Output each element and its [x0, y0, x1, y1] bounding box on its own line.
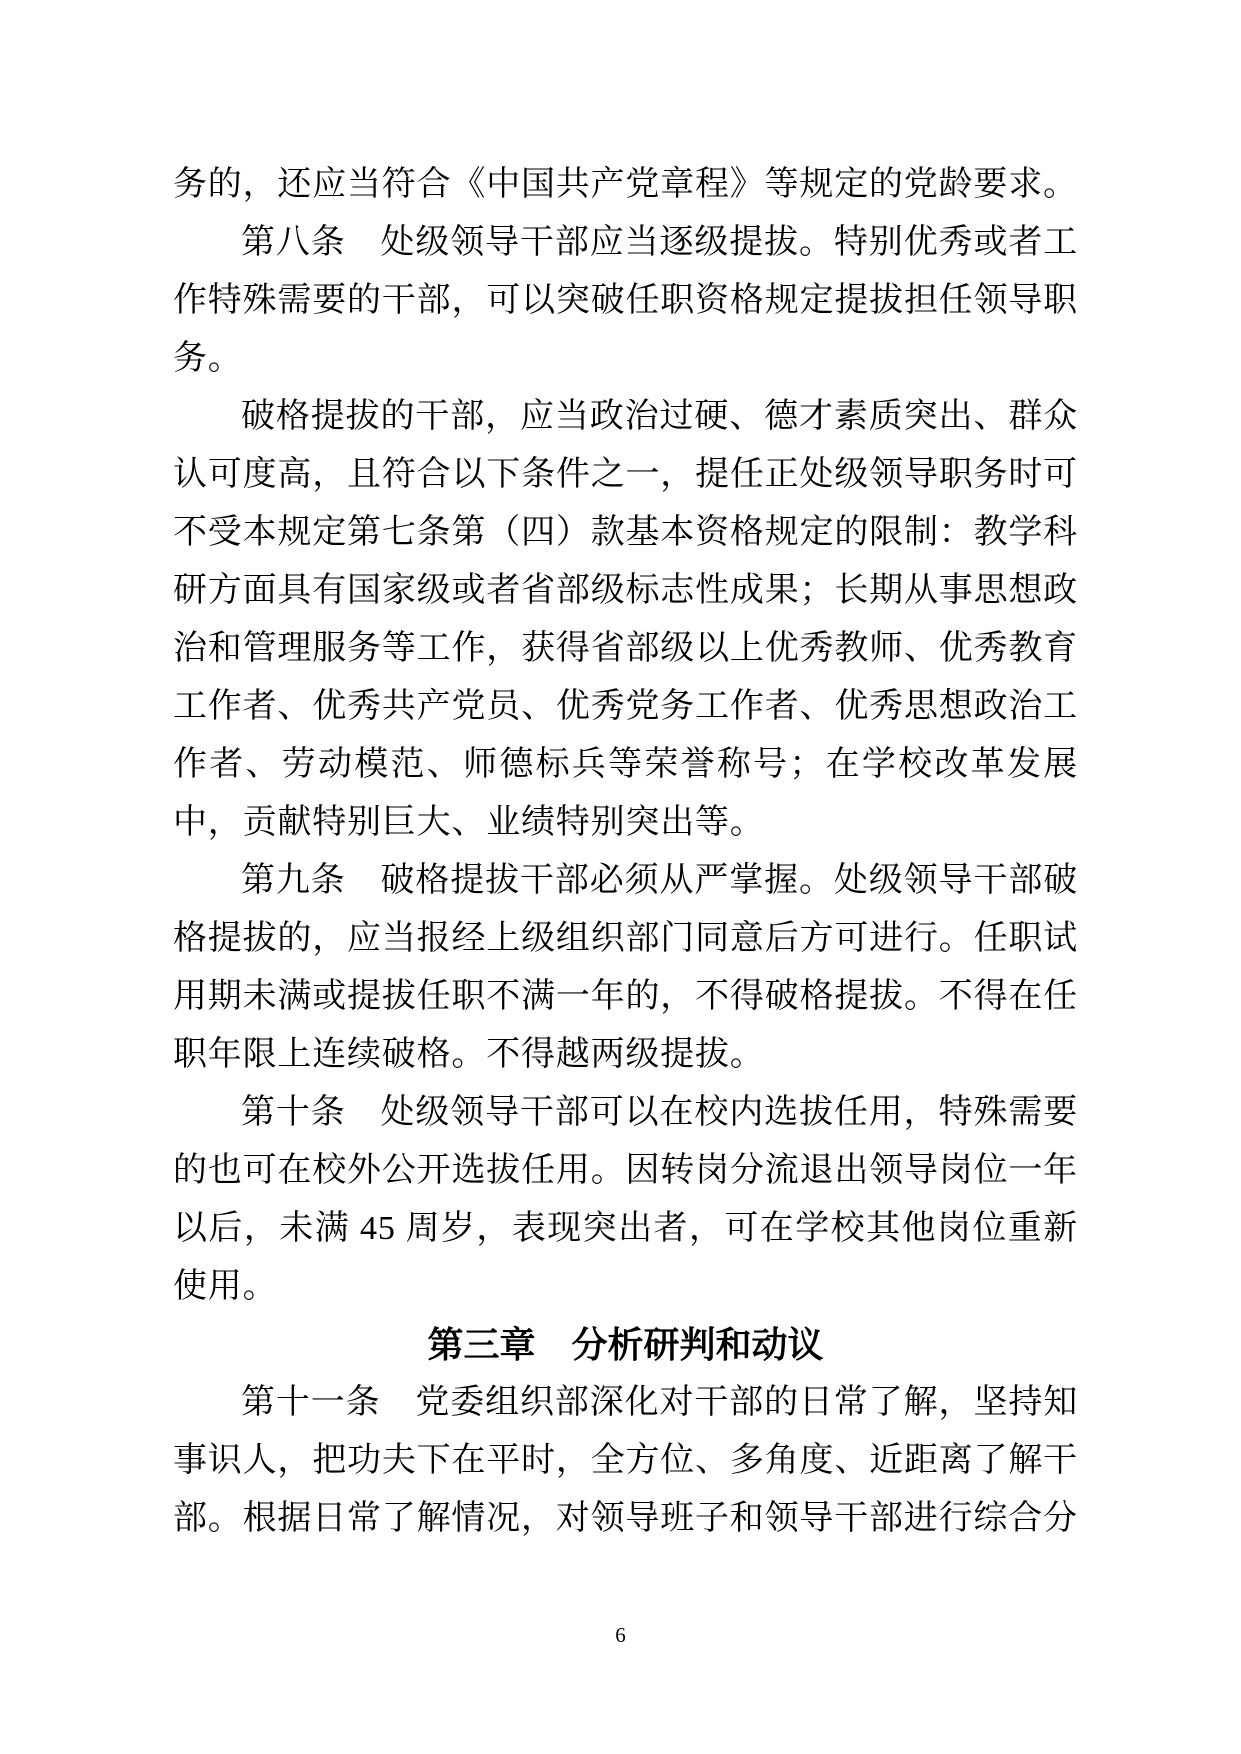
paragraph-article-11: 第十一条 党委组织部深化对干部的日常了解，坚持知事识人，把功夫下在平时，全方位、… — [173, 1374, 1078, 1548]
paragraph-article-8: 第八条 处级领导干部应当逐级提拔。特别优秀或者工作特殊需要的干部，可以突破任职资… — [173, 214, 1078, 388]
paragraph-article-10: 第十条 处级领导干部可以在校内选拔任用，特殊需要的也可在校外公开选拔任用。因转岗… — [173, 1084, 1078, 1316]
paragraph-continuation: 务的，还应当符合《中国共产党章程》等规定的党龄要求。 — [173, 156, 1078, 214]
chapter-3-heading: 第三章 分析研判和动议 — [173, 1316, 1078, 1374]
page-number: 6 — [0, 1622, 1241, 1648]
document-page: 务的，还应当符合《中国共产党章程》等规定的党龄要求。 第八条 处级领导干部应当逐… — [173, 156, 1078, 1548]
paragraph-breakthrough-criteria: 破格提拔的干部，应当政治过硬、德才素质突出、群众认可度高，且符合以下条件之一，提… — [173, 388, 1078, 852]
paragraph-article-9: 第九条 破格提拔干部必须从严掌握。处级领导干部破格提拔的，应当报经上级组织部门同… — [173, 852, 1078, 1084]
